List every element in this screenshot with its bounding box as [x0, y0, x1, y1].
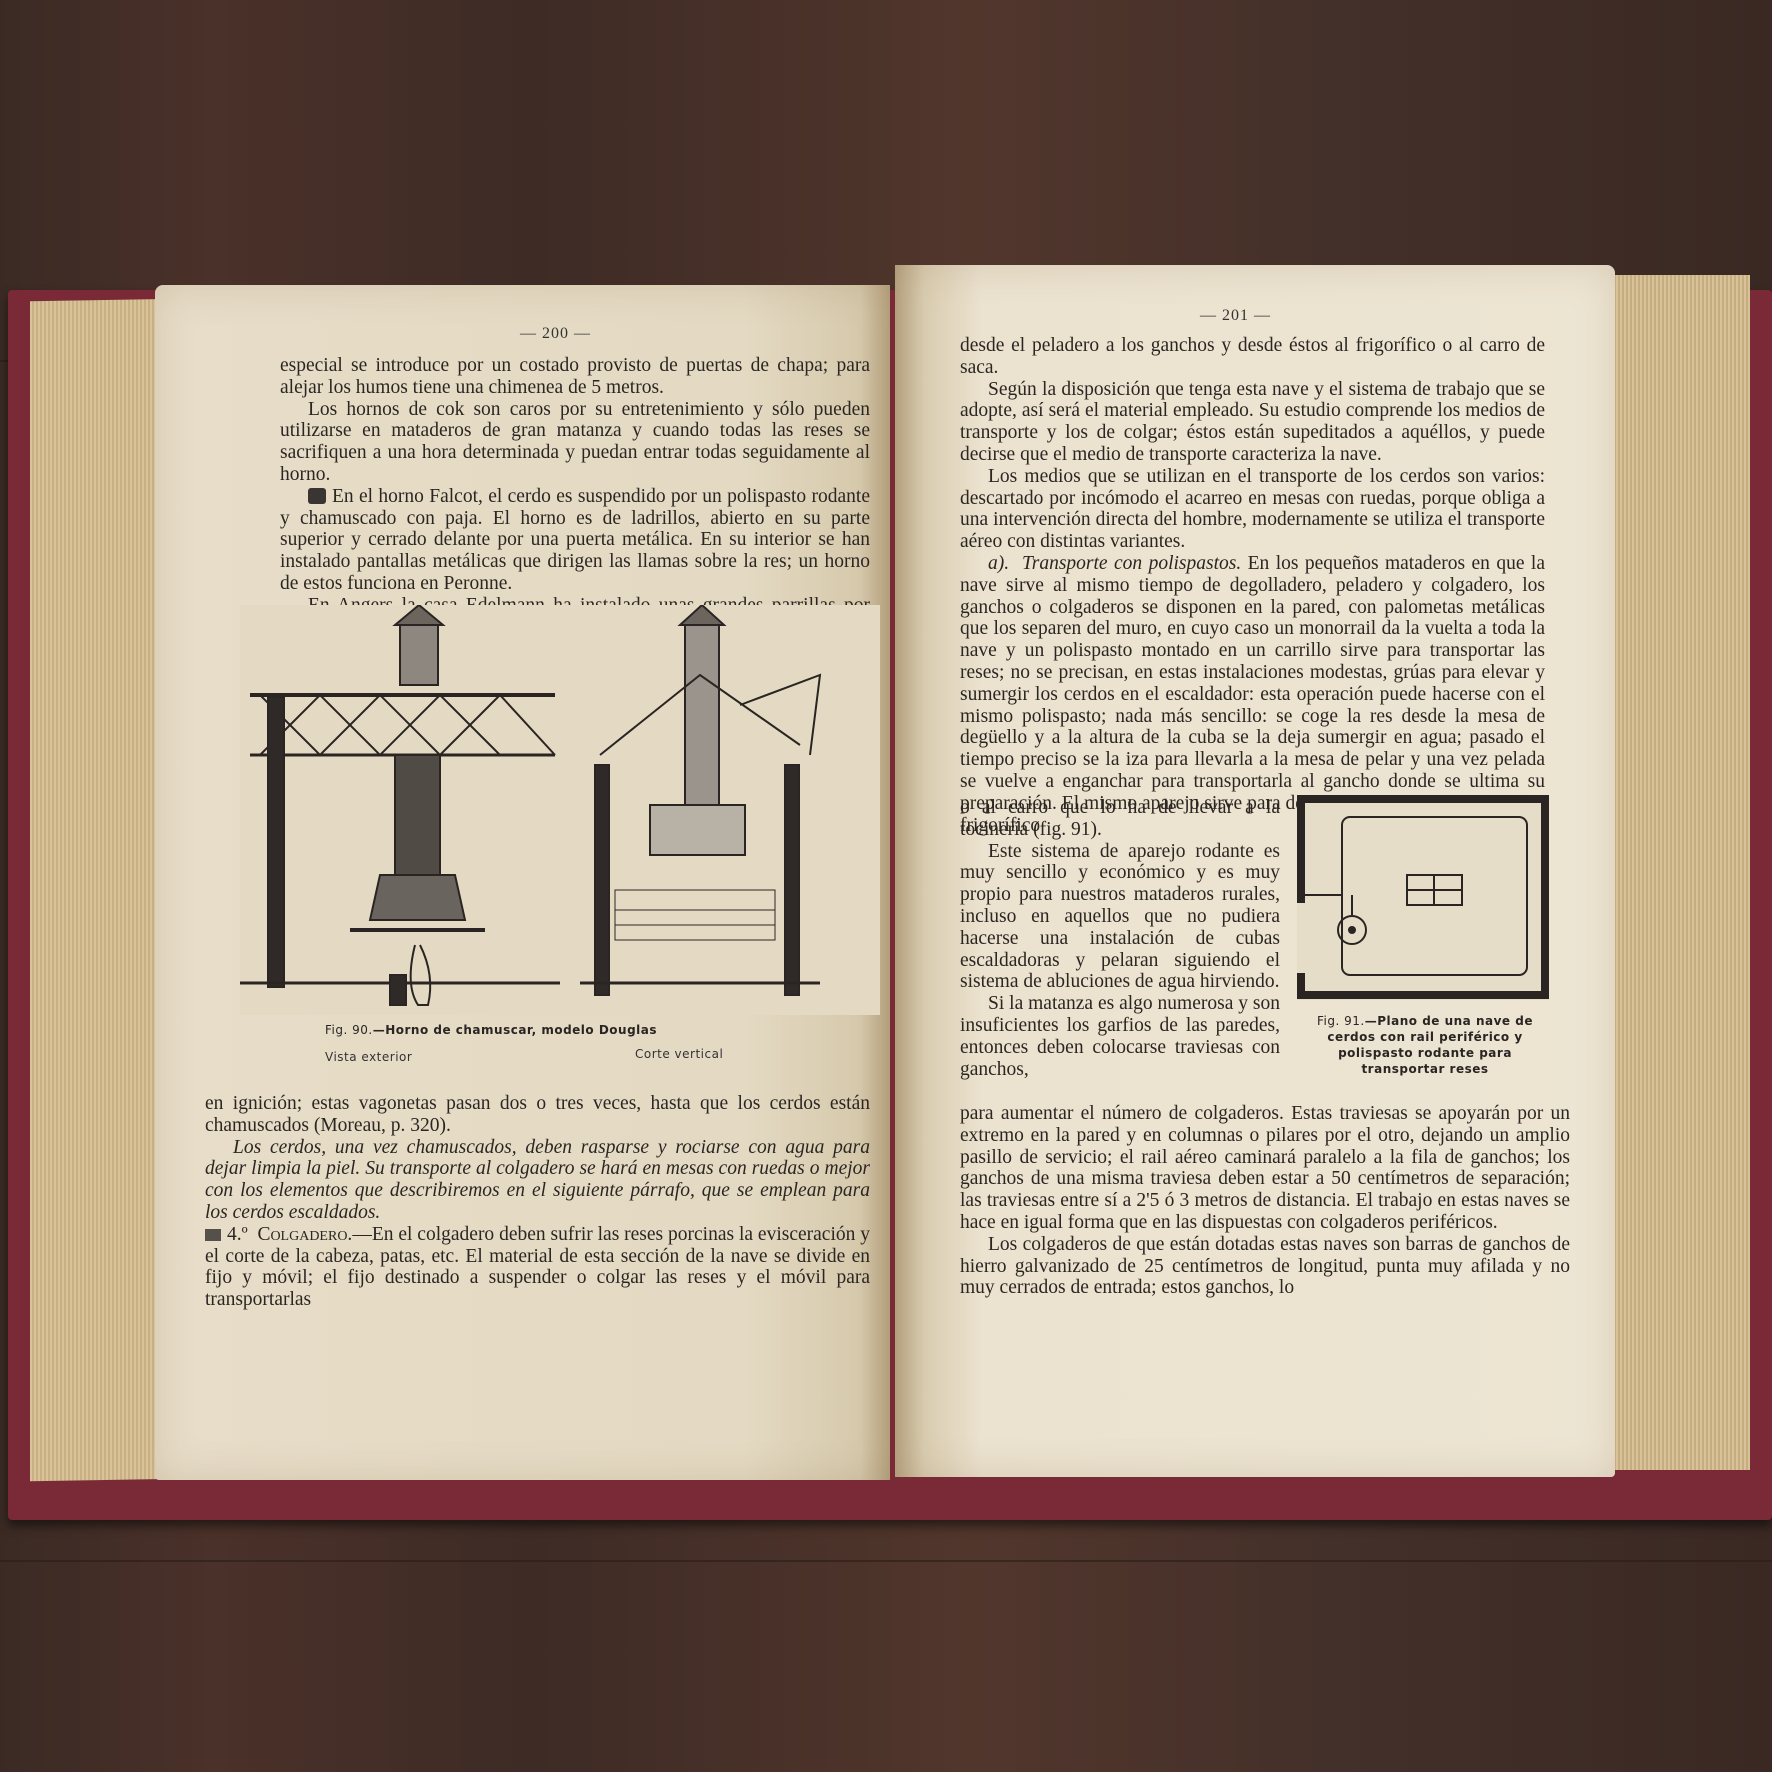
subsection-paragraph: a). Transporte con polispastos. En los p…: [960, 553, 1545, 836]
left-top-text: especial se introduce por un costado pro…: [280, 355, 870, 638]
paragraph: Según la disposición que tenga esta nave…: [960, 379, 1545, 466]
figure-90-sublabel-right: Corte vertical: [635, 1047, 723, 1061]
paragraph: Este sistema de aparejo rodante es muy s…: [960, 841, 1280, 994]
paragraph: para aumentar el número de colgaderos. E…: [960, 1103, 1570, 1234]
ink-mark-icon: [308, 488, 326, 504]
table-plank-seam: [0, 1560, 1772, 1562]
figure-90-caption: Fig. 90.—Horno de chamuscar, modelo Doug…: [325, 1023, 657, 1037]
paragraph: en ignición; estas vagonetas pasan dos o…: [205, 1093, 870, 1137]
paragraph: desde el peladero a los ganchos y desde …: [960, 335, 1545, 379]
section-paragraph: 4.º Colgadero.—En el colgadero deben suf…: [205, 1224, 870, 1311]
section-number: 4.º: [227, 1224, 248, 1245]
page-number: — 201 —: [1200, 307, 1271, 325]
subsection-title: Transporte con polispastos.: [1022, 553, 1241, 574]
paragraph: Los medios que se utilizan en el transpo…: [960, 466, 1545, 553]
paragraph: En el horno Falcot, el cerdo es suspendi…: [280, 486, 870, 595]
figure-90-sublabel-left: Vista exterior: [325, 1050, 412, 1064]
left-page: — 200 — especial se introduce por un cos…: [155, 285, 890, 1480]
paragraph: Si la matanza es algo numerosa y son ins…: [960, 993, 1280, 1080]
right-top-text: desde el peladero a los ganchos y desde …: [960, 335, 1545, 836]
paragraph: especial se introduce por un costado pro…: [280, 355, 870, 399]
right-narrow-text: o al carro que lo ha de llevar a la toci…: [960, 797, 1280, 1080]
section-heading: Colgadero.: [257, 1224, 352, 1245]
paragraph: Los hornos de cok son caros por su entre…: [280, 399, 870, 486]
left-bottom-text: en ignición; estas vagonetas pasan dos o…: [205, 1093, 870, 1311]
paragraph: Los colgaderos de que están dotadas esta…: [960, 1234, 1570, 1299]
figure-90-illustration: [240, 605, 880, 1015]
figure-91-floorplan: [1297, 795, 1549, 1000]
page-number: — 200 —: [520, 325, 591, 343]
ink-mark-icon: [205, 1229, 221, 1241]
paragraph: o al carro que lo ha de llevar a la toci…: [960, 797, 1280, 841]
furnace-drawing-icon: [240, 605, 880, 1015]
floorplan-drawing-icon: [1297, 795, 1549, 1000]
right-bottom-text: para aumentar el número de colgaderos. E…: [960, 1103, 1570, 1299]
paragraph: Los cerdos, una vez chamuscados, deben r…: [205, 1137, 870, 1224]
figure-91-caption: Fig. 91.—Plano de una nave de cerdos con…: [1300, 1013, 1550, 1077]
right-page: — 201 — desde el peladero a los ganchos …: [895, 265, 1615, 1477]
page-edges-right: [1600, 275, 1750, 1470]
